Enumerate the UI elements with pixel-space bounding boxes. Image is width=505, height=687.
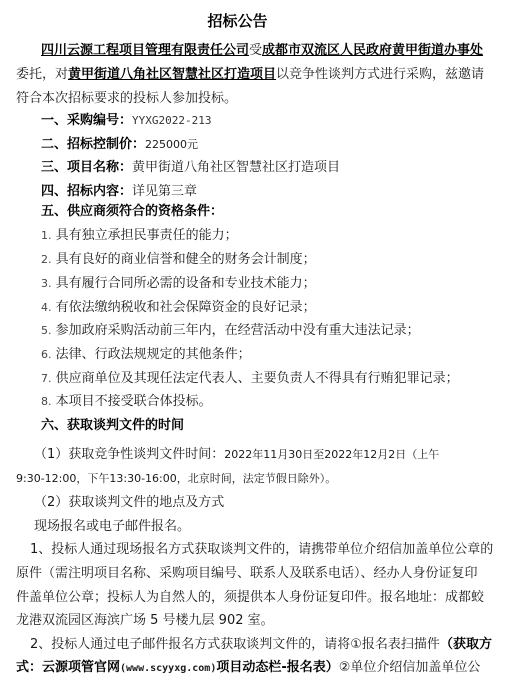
section-label: 四、招标内容：: [41, 184, 132, 199]
website-link[interactable]: (www.scyyxg.com): [120, 663, 216, 674]
section-qualifications: 五、供应商须符合的资格条件：: [41, 203, 223, 221]
acquire-place-label: （2）获取谈判文件的地点及方式: [34, 494, 224, 512]
tender-content-value: 详见第三章: [132, 184, 197, 199]
acquire-time-line-2: 9:30-12:00，下午13:30-16:00，北京时间，法定节假日除外）。: [16, 470, 336, 488]
qualification-item: 7. 供应商单位及其现任法定代表人、主要负责人不得具有行贿犯罪记录；: [41, 370, 459, 388]
project-name-value: 黄甲街道八角社区智慧社区打造项目: [132, 160, 340, 175]
qualification-item: 3. 具有履行合同所必需的设备和专业技术能力；: [41, 275, 316, 293]
acquire-time-label: （1）获取竞争性谈判文件时间：: [34, 447, 224, 462]
receive-text: 受: [249, 43, 262, 58]
qualification-item: 8. 本项目不接受联合体投标。: [41, 393, 212, 411]
entrust-text: 委托，对: [16, 67, 68, 82]
principal-name: 成都市双流区人民政府黄甲街道办事处: [262, 43, 483, 58]
intro-line-2: 委托，对黄甲街道八角社区智慧社区打造项目以竞争性谈判方式进行采购，兹邀请: [16, 66, 484, 84]
email-text: 2、投标人通过电子邮件报名方式获取谈判文件的，请将①报名表扫描件: [30, 637, 440, 652]
email-line-2: 式：云源项管官网(www.scyyxg.com)项目动态栏-报名表）②单位介绍信…: [16, 659, 480, 678]
project-name: 黄甲街道八角社区智慧社区打造项目: [68, 67, 276, 82]
section-acquire-time: 六、获取谈判文件的时间: [41, 417, 184, 435]
section-label: 二、招标控制价：: [41, 137, 145, 152]
section-label: 三、项目名称：: [41, 160, 132, 175]
onsite-line-4: 龙港双流园区海滨广场 5 号楼九层 902 室。: [16, 612, 274, 630]
onsite-line-1: 1、投标人通过现场报名方式获取谈判文件的，请携带单位介绍信加盖单位公章的: [30, 541, 493, 559]
acquire-time-value: 2022年11月30日至2022年12月2日（上午: [224, 448, 439, 461]
email-bold-text: （获取方: [440, 637, 492, 652]
qualification-item: 1. 具有独立承担民事责任的能力；: [41, 227, 238, 245]
qualification-item: 4. 有依法缴纳税收和社会保障资金的良好记录；: [41, 299, 316, 317]
onsite-line-2: 原件（需注明项目名称、采购项目编号、联系人及联系电话）、经办人身份证复印: [16, 565, 478, 583]
section-project-name: 三、项目名称：黄甲街道八角社区智慧社区打造项目: [41, 159, 340, 177]
qualification-item: 6. 法律、行政法规规定的其他条件；: [41, 346, 251, 364]
section-control-price: 二、招标控制价：225000元: [41, 136, 198, 154]
method-text: 以竞争性谈判方式进行采购，兹邀请: [276, 67, 484, 82]
section-procurement-number: 一、采购编号：YYXG2022-213: [41, 112, 212, 130]
registration-form-label: 项目动态栏-报名表）: [216, 660, 338, 675]
acquire-place-method: 现场报名或电子邮件报名。: [34, 518, 190, 536]
intro-line-3: 符合本次招标要求的投标人参加投标。: [16, 90, 237, 108]
qualification-item: 2. 具有良好的商业信誉和健全的财务会计制度；: [41, 251, 316, 269]
onsite-line-3: 件盖单位公章；投标人为自然人的，须提供本人身份证复印件。报名地址：成都蛟: [16, 589, 484, 607]
intro-line-1: 四川云源工程项目管理有限责任公司受成都市双流区人民政府黄甲街道办事处: [41, 42, 483, 60]
qualification-item: 5. 参加政府采购活动前三年内，在经营活动中没有重大违法记录；: [41, 322, 420, 340]
acquire-time-line-1: （1）获取竞争性谈判文件时间：2022年11月30日至2022年12月2日（上午: [34, 446, 439, 464]
section-label: 一、采购编号：: [41, 113, 132, 128]
website-label: 式：云源项管官网: [16, 660, 120, 675]
email-rest-text: ②单位介绍信加盖单位公: [339, 660, 481, 675]
procurement-number: YYXG2022-213: [132, 114, 211, 127]
email-line-1: 2、投标人通过电子邮件报名方式获取谈判文件的，请将①报名表扫描件（获取方: [30, 636, 492, 654]
section-tender-content: 四、招标内容：详见第三章: [41, 183, 197, 201]
control-price: 225000元: [145, 138, 198, 151]
page-title: 招标公告: [0, 12, 475, 30]
agent-name: 四川云源工程项目管理有限责任公司: [41, 43, 249, 58]
